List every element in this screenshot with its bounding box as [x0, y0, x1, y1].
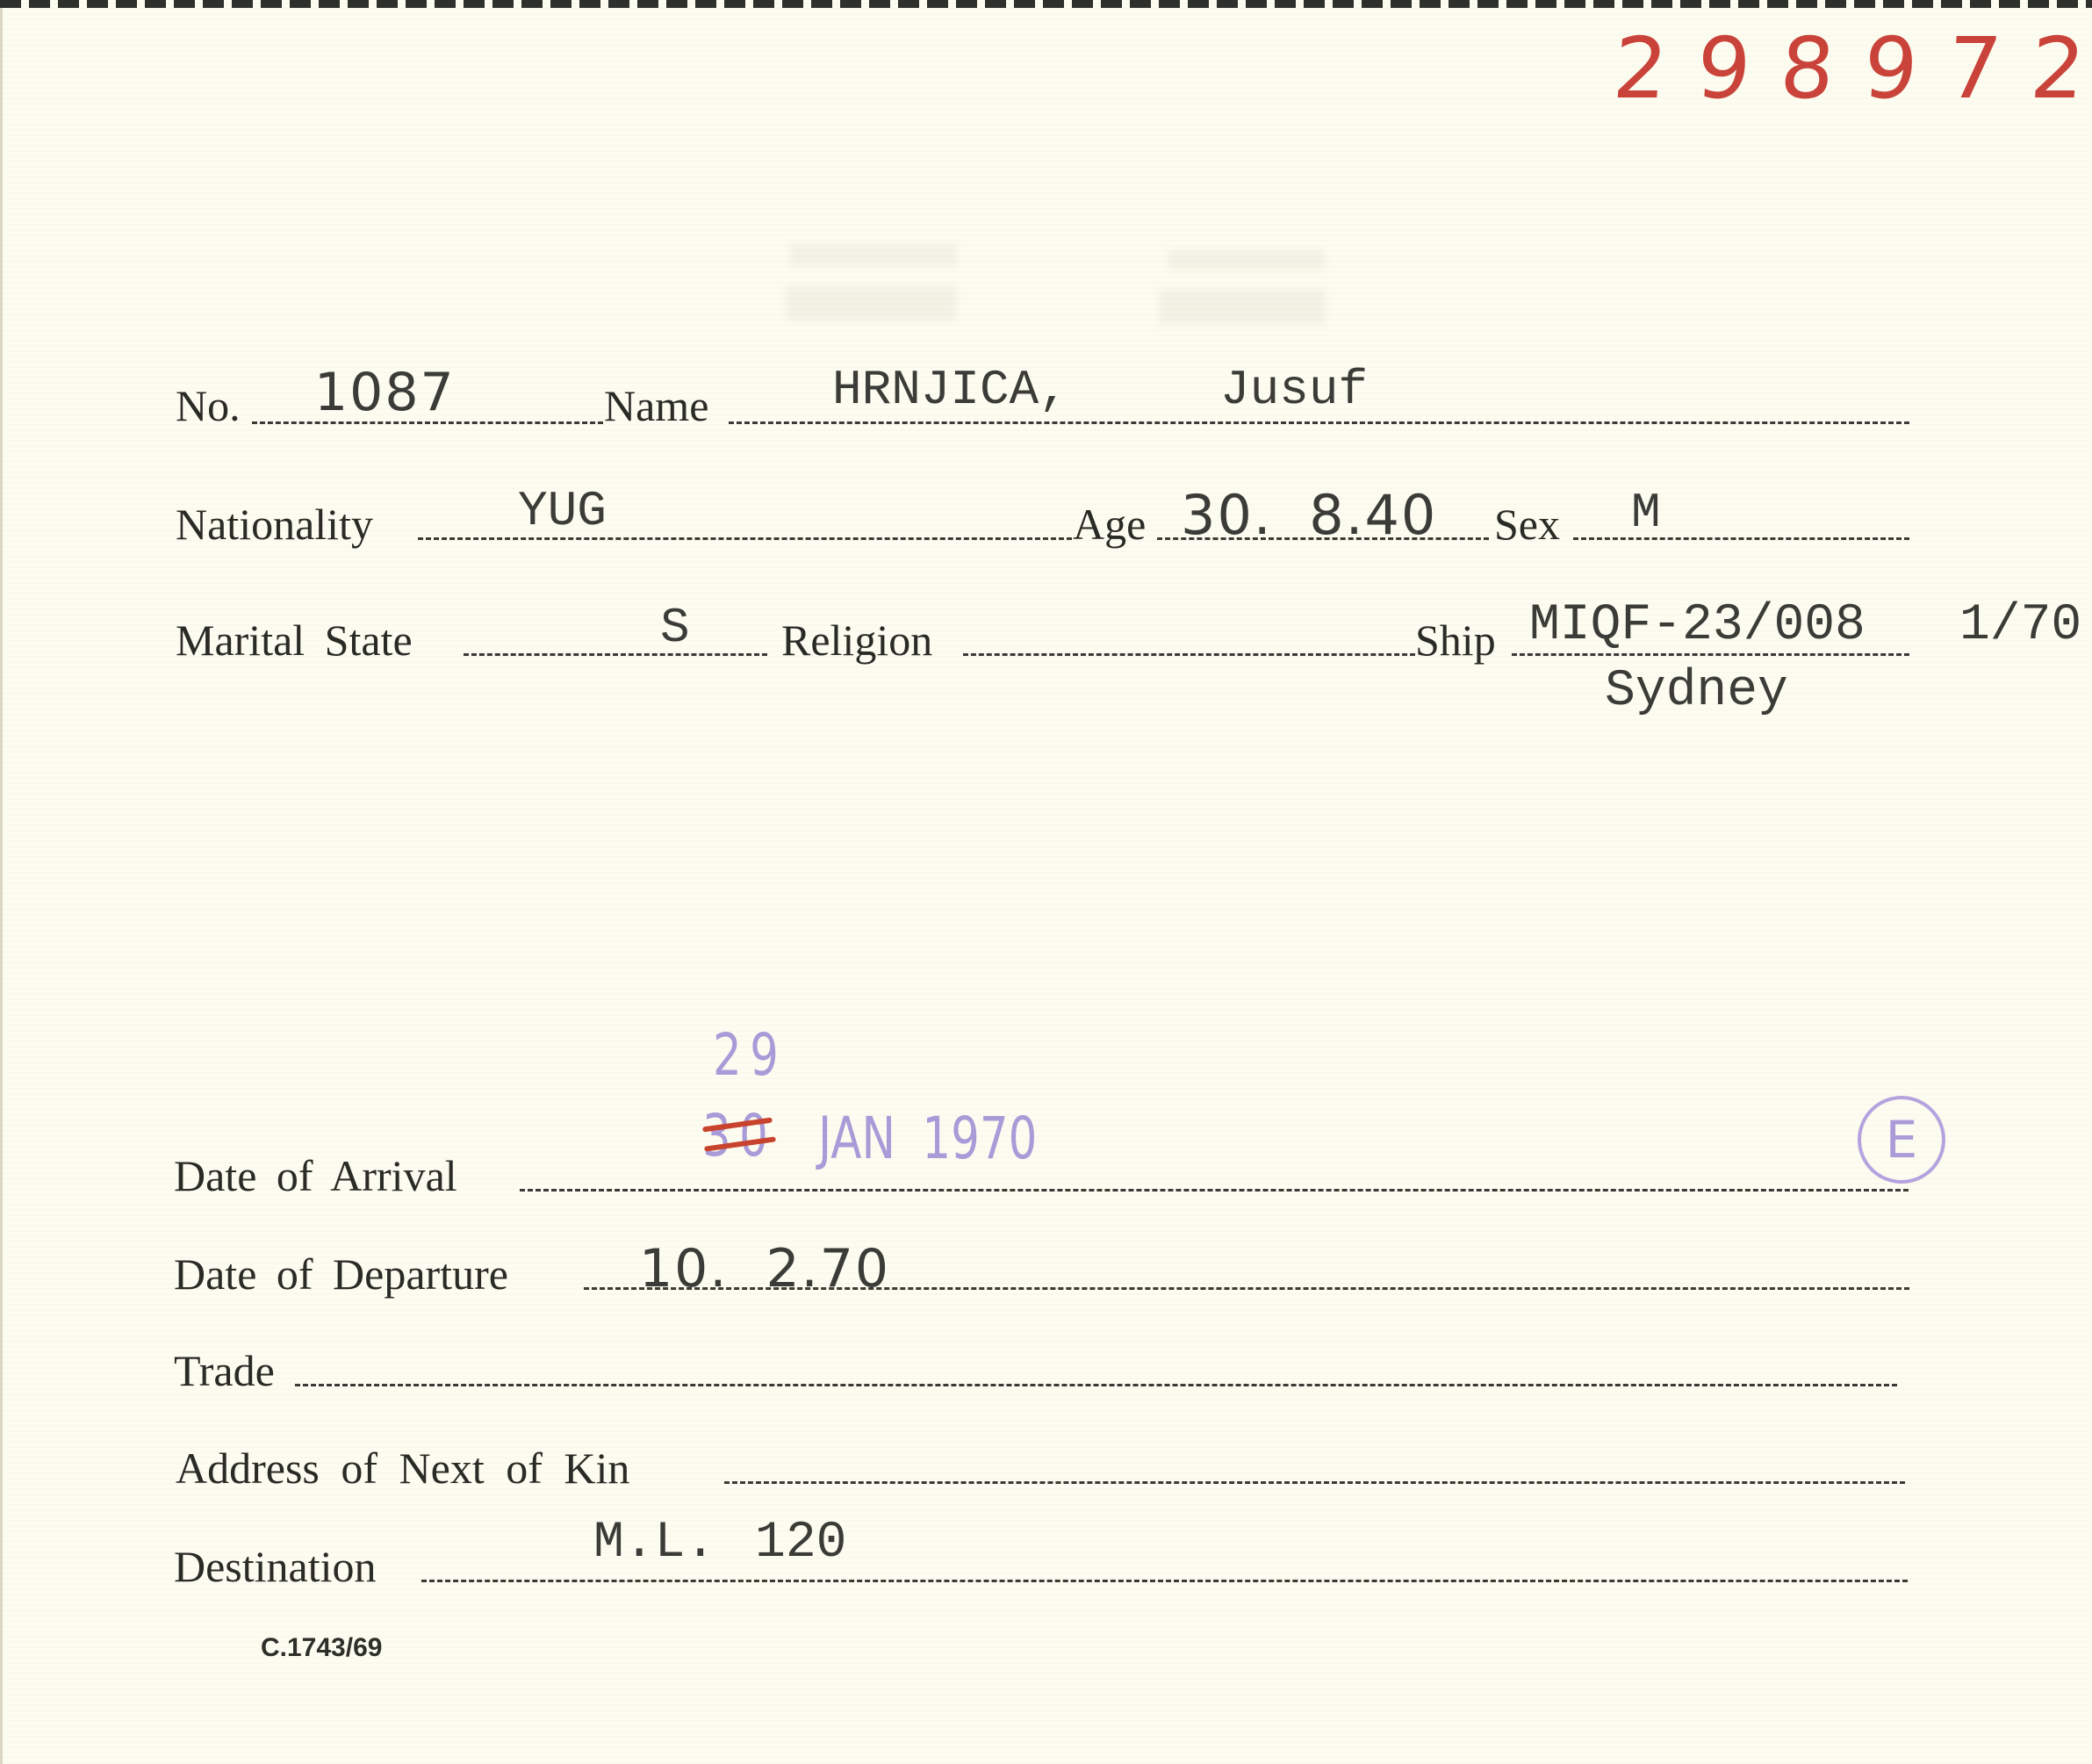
- ship-port-value: Sydney: [1605, 663, 1788, 720]
- no-label: No.: [176, 380, 241, 431]
- ship-value: MIQF-23/008: [1529, 597, 1866, 654]
- name-label: Name: [604, 380, 708, 431]
- ghost-impression: [790, 244, 957, 267]
- sex-label: Sex: [1494, 499, 1560, 550]
- destination-value: M.L. 120: [593, 1515, 846, 1572]
- nationality-rule: [418, 537, 1072, 540]
- serial-number: 298972: [1610, 19, 2092, 118]
- circle-stamp-letter: E: [1886, 1110, 1918, 1170]
- given-name-value: Jusuf: [1220, 362, 1368, 418]
- name-rule: [729, 421, 1909, 424]
- address-next-of-kin-rule: [724, 1481, 1905, 1484]
- destination-label: Destination: [174, 1541, 377, 1592]
- arrival-stamp-month-year: JAN 1970: [818, 1105, 1037, 1172]
- date-of-arrival-label: Date of Arrival: [174, 1150, 457, 1201]
- surname-value: HRNJICA,: [832, 362, 1068, 418]
- ship-extra-value: 1/70: [1959, 597, 2081, 654]
- registration-card: 298972 No. 1087 Name HRNJICA, Jusuf Nati…: [0, 0, 2092, 1764]
- ghost-impression: [1168, 250, 1326, 270]
- destination-rule: [421, 1580, 1908, 1582]
- ship-label: Ship: [1415, 615, 1496, 666]
- arrival-stamp-corrected-day: 29: [713, 1021, 787, 1089]
- marital-state-label: Marital State: [176, 615, 413, 666]
- trade-rule: [295, 1384, 1897, 1386]
- religion-rule: [963, 653, 1415, 656]
- card-left-edge: [0, 8, 3, 1764]
- date-of-arrival-rule: [520, 1189, 1909, 1192]
- sex-rule: [1573, 537, 1909, 540]
- nationality-label: Nationality: [176, 499, 373, 550]
- age-label: Age: [1073, 499, 1146, 550]
- trade-label: Trade: [174, 1345, 275, 1396]
- marital-state-rule: [464, 653, 767, 656]
- arrival-stamp-original-day: 30: [702, 1102, 776, 1170]
- perforated-top-edge: [0, 0, 2092, 8]
- marital-state-value: S: [660, 600, 690, 656]
- sex-value: M: [1631, 485, 1661, 541]
- nationality-value: YUG: [518, 483, 607, 539]
- ghost-impression: [786, 285, 957, 320]
- ghost-impression: [1159, 290, 1326, 325]
- form-code: C.1743/69: [261, 1633, 382, 1663]
- no-value: 1087: [314, 362, 456, 423]
- date-of-departure-value: 10. 2.70: [639, 1238, 890, 1300]
- religion-label: Religion: [781, 615, 932, 666]
- circle-e-stamp: E: [1858, 1096, 1945, 1184]
- age-value: 30. 8.40: [1181, 483, 1437, 547]
- address-next-of-kin-label: Address of Next of Kin: [176, 1443, 629, 1494]
- date-of-departure-label: Date of Departure: [174, 1249, 508, 1300]
